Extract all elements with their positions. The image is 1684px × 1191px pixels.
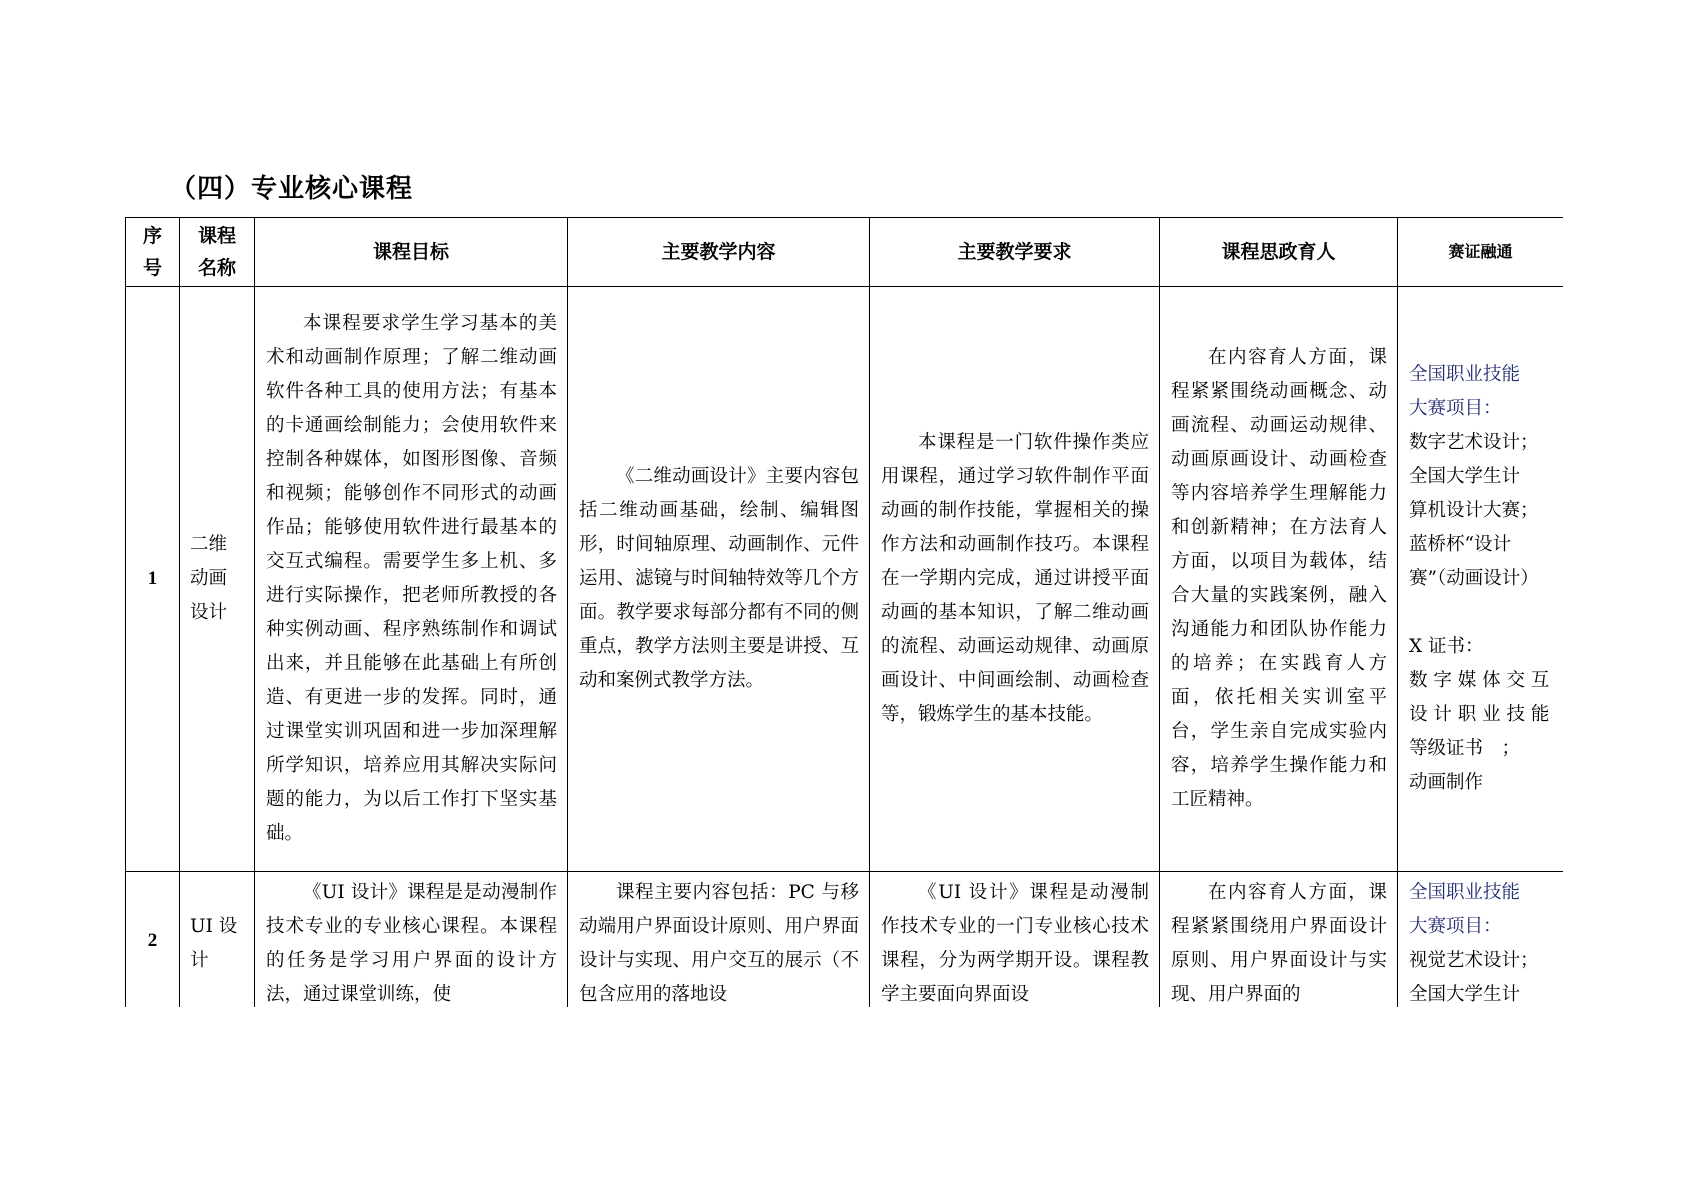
row-content: 课程主要内容包括：PC 与移动端用户界面设计原则、用户界面设计与实现、用户交互的… bbox=[568, 872, 870, 1008]
row-certification: 全国职业技能大赛项目： 视觉艺术设计； 全国大学生计 bbox=[1398, 872, 1564, 1008]
table-row: 1 二维动画设计 本课程要求学生学习基本的美术和动画制作原理；了解二维动画软件各… bbox=[126, 287, 1564, 872]
row-seq: 1 bbox=[126, 287, 180, 872]
core-courses-table: 序号 课程名称 课程目标 主要教学内容 主要教学要求 课程思政育人 赛证融通 1… bbox=[125, 217, 1563, 1007]
competition-title: 全国职业技能大赛项目： bbox=[1409, 358, 1553, 426]
row-goal: 《UI 设计》课程是是动漫制作技术专业的专业核心课程。本课程的任务是学习用户界面… bbox=[255, 872, 568, 1008]
row-seq: 2 bbox=[126, 872, 180, 1008]
header-content: 主要教学内容 bbox=[568, 218, 870, 287]
cert-items: 数 字 媒 体 交 互 设 计 职 业 技 能 等级证书 ； 动画制作 bbox=[1409, 664, 1553, 800]
core-courses-table-container: 序号 课程名称 课程目标 主要教学内容 主要教学要求 课程思政育人 赛证融通 1… bbox=[125, 217, 1563, 1007]
competition-title: 全国职业技能大赛项目： bbox=[1409, 876, 1553, 944]
header-goal: 课程目标 bbox=[255, 218, 568, 287]
cert-title: X 证书： bbox=[1409, 630, 1553, 664]
row-ideology: 在内容育人方面，课程紧紧围绕用户界面设计原则、用户界面设计与实现、用户界面的 bbox=[1160, 872, 1398, 1008]
header-course-name: 课程名称 bbox=[180, 218, 255, 287]
row-requirement: 本课程是一门软件操作类应用课程，通过学习软件制作平面动画的制作技能，掌握相关的操… bbox=[870, 287, 1160, 872]
section-title: （四）专业核心课程 bbox=[170, 168, 413, 205]
header-ideology: 课程思政育人 bbox=[1160, 218, 1398, 287]
row-ideology: 在内容育人方面，课程紧紧围绕动画概念、动画流程、动画运动规律、动画原画设计、动画… bbox=[1160, 287, 1398, 872]
row-content: 《二维动画设计》主要内容包括二维动画基础，绘制、编辑图形，时间轴原理、动画制作、… bbox=[568, 287, 870, 872]
row-course-name: UI 设计 bbox=[180, 872, 255, 1008]
header-seq: 序号 bbox=[126, 218, 180, 287]
header-requirement: 主要教学要求 bbox=[870, 218, 1160, 287]
row-course-name: 二维动画设计 bbox=[180, 287, 255, 872]
row-requirement: 《UI 设计》课程是动漫制作技术专业的一门专业核心技术课程，分为两学期开设。课程… bbox=[870, 872, 1160, 1008]
row-certification: 全国职业技能大赛项目： 数字艺术设计； 全国大学生计 算机设计大赛； 蓝桥杯“设… bbox=[1398, 287, 1564, 872]
competition-items: 数字艺术设计； 全国大学生计 算机设计大赛； 蓝桥杯“设计 赛”（动画设计） bbox=[1409, 426, 1553, 596]
row-goal: 本课程要求学生学习基本的美术和动画制作原理；了解二维动画软件各种工具的使用方法；… bbox=[255, 287, 568, 872]
competition-items: 视觉艺术设计； 全国大学生计 bbox=[1409, 944, 1553, 1007]
table-row: 2 UI 设计 《UI 设计》课程是是动漫制作技术专业的专业核心课程。本课程的任… bbox=[126, 872, 1564, 1008]
table-header-row: 序号 课程名称 课程目标 主要教学内容 主要教学要求 课程思政育人 赛证融通 bbox=[126, 218, 1564, 287]
header-certification: 赛证融通 bbox=[1398, 218, 1564, 287]
